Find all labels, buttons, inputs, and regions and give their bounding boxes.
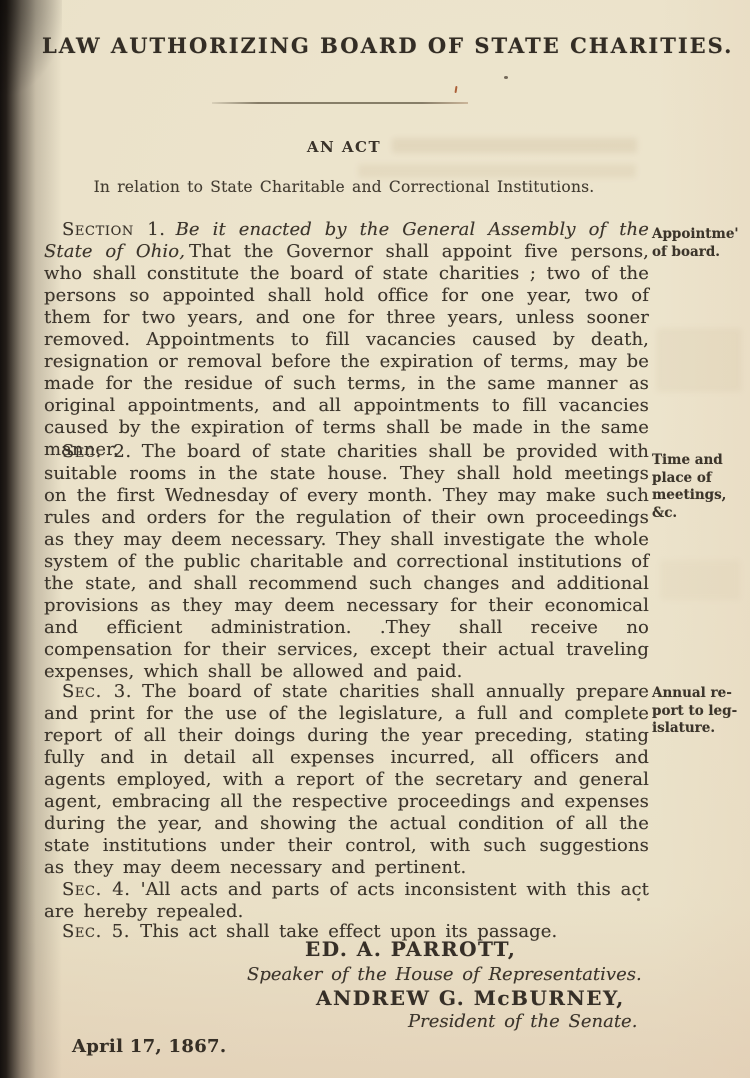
page-title: LAW AUTHORIZING BOARD OF STATE CHARITIES… [42,33,646,58]
signature-name-mcburney: ANDREW G. McBURNEY, [316,986,625,1010]
margin-note-time-place-meetings: Time and place of meetings, &c. [652,452,750,522]
ink-speck [454,86,457,93]
section-1-label: Section 1. [62,219,166,240]
section-1-text: That the Governor shall appoint five per… [44,241,649,460]
section-4-paragraph: Sec. 4.'All acts and parts of acts incon… [44,879,649,923]
signature-name-parrott: ED. A. PARROTT, [305,937,516,961]
section-2-text: The board of state charities shall be pr… [44,441,649,682]
scanned-book-page: LAW AUTHORIZING BOARD OF STATE CHARITIES… [0,0,750,1078]
margin-note-line: &c. [652,505,750,523]
section-4-label: Sec. 4. [62,879,131,900]
date-line: April 17, 1867. [72,1036,226,1057]
page-showthrough [660,560,740,600]
margin-note-line: Annual re- [652,685,750,703]
signature-title-speaker: Speaker of the House of Representatives. [247,964,642,985]
margin-note-annual-report: Annual re- port to leg- islature. [652,685,750,738]
signature-title-president: President of the Senate. [408,1011,637,1032]
margin-note-line: Time and [652,452,750,470]
page-showthrough [358,164,636,178]
margin-note-line: place of [652,470,750,488]
margin-note-appointment-of-board: Appointme' of board. [652,226,750,261]
section-3-label: Sec. 3. [62,681,132,702]
margin-note-line: port to leg- [652,703,750,721]
divider-rule [212,102,468,104]
section-3-text: The board of state charities shall annua… [44,681,649,878]
section-4-text: 'All acts and parts of acts inconsistent… [44,879,649,922]
page-showthrough [656,328,742,392]
margin-note-line: Appointme' [652,226,750,244]
act-heading: AN ACT [42,138,646,156]
section-2-paragraph: Sec. 2.The board of state charities shal… [44,441,649,683]
section-2-label: Sec. 2. [62,441,132,462]
act-subtitle: In relation to State Charitable and Corr… [42,178,646,196]
margin-note-line: of board. [652,244,750,262]
section-1-paragraph: Section 1.Be it enacted by the General A… [44,219,649,461]
ink-speck [504,76,508,79]
margin-note-line: meetings, [652,487,750,505]
section-3-paragraph: Sec. 3.The board of state charities shal… [44,681,649,879]
margin-note-line: islature. [652,720,750,738]
section-5-label: Sec. 5. [62,921,130,942]
